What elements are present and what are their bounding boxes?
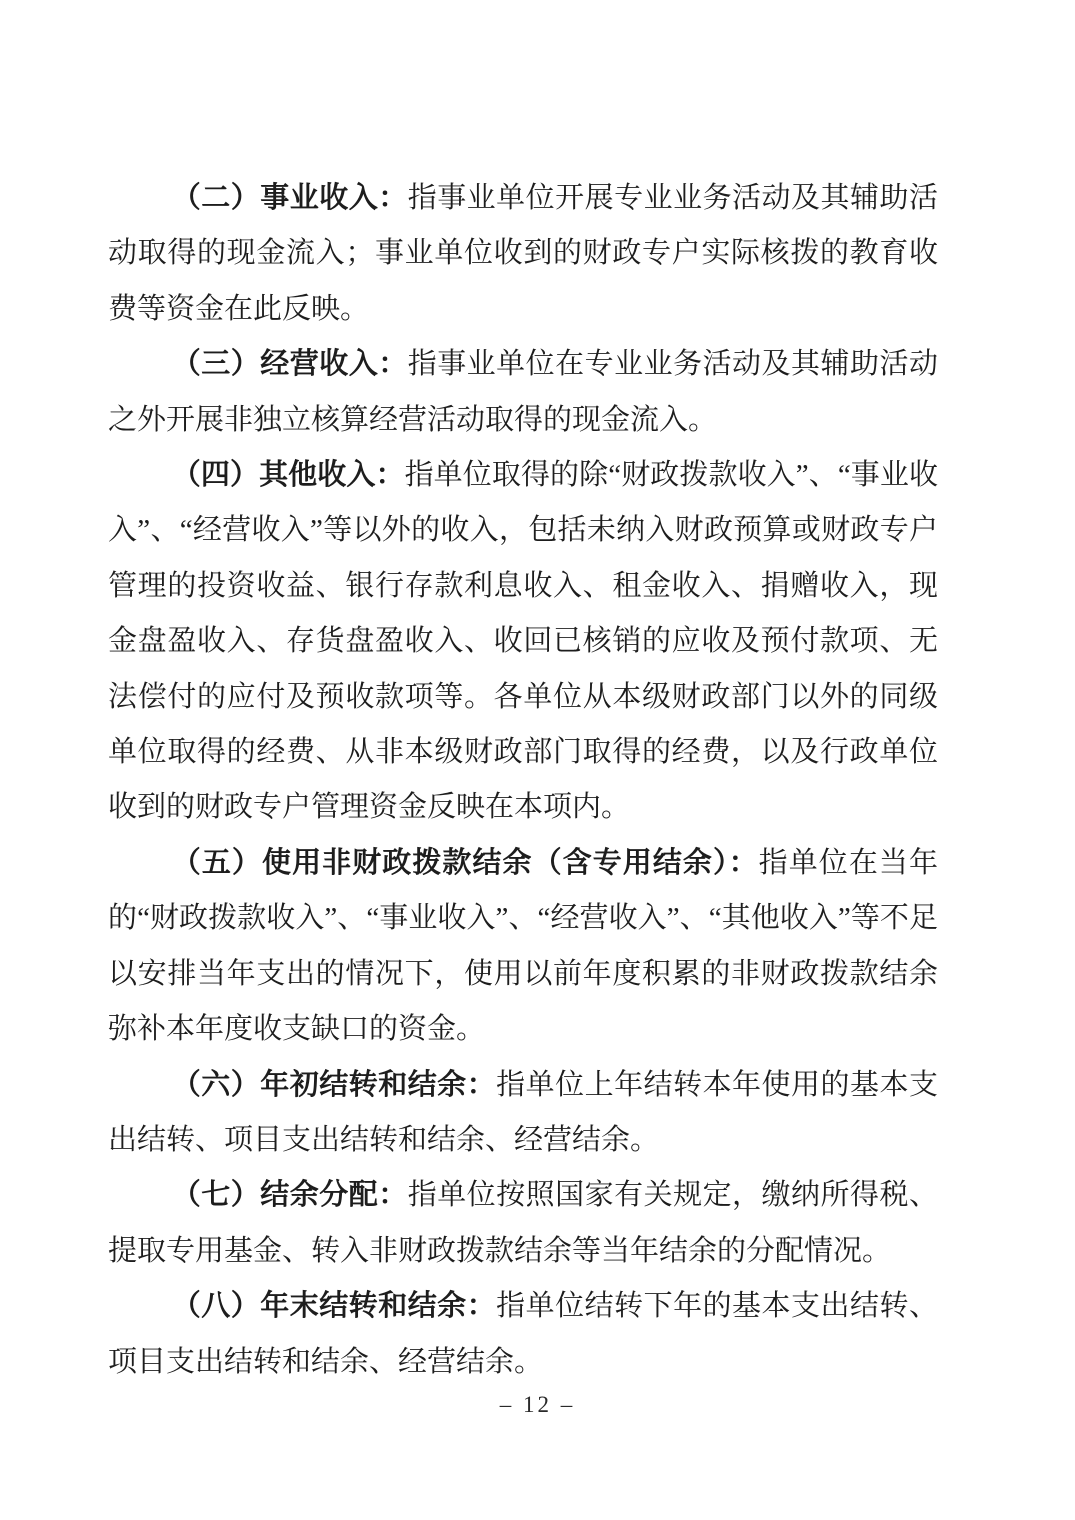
paragraph-lead: （二）事业收入： (172, 182, 408, 214)
paragraph: （六）年初结转和结余：指单位上年结转本年使用的基本支出结转、项目支出结转和结余、… (108, 1058, 938, 1169)
paragraph-lead: （六）年初结转和结余： (172, 1069, 496, 1101)
paragraph-lead: （五）使用非财政拨款结余（含专用结余）： (172, 847, 759, 879)
paragraph-lead: （八）年末结转和结余： (172, 1290, 496, 1322)
paragraph-lead: （七）结余分配： (172, 1179, 408, 1211)
paragraph: （五）使用非财政拨款结余（含专用结余）：指单位在当年的“财政拨款收入”、“事业收… (108, 836, 938, 1058)
paragraph: （二）事业收入：指事业单位开展专业业务活动及其辅助活动取得的现金流入；事业单位收… (108, 171, 938, 337)
paragraph: （八）年末结转和结余：指单位结转下年的基本支出结转、项目支出结转和结余、经营结余… (108, 1279, 938, 1390)
paragraph: （七）结余分配：指单位按照国家有关规定，缴纳所得税、提取专用基金、转入非财政拨款… (108, 1168, 938, 1279)
document-body: （二）事业收入：指事业单位开展专业业务活动及其辅助活动取得的现金流入；事业单位收… (108, 171, 938, 1390)
paragraph-lead: （四）其他收入： (172, 459, 405, 491)
page-number: – 12 – (0, 1392, 1075, 1418)
paragraph: （四）其他收入：指单位取得的除“财政拨款收入”、“事业收入”、“经营收入”等以外… (108, 448, 938, 836)
paragraph: （三）经营收入：指事业单位在专业业务活动及其辅助活动之外开展非独立核算经营活动取… (108, 337, 938, 448)
paragraph-lead: （三）经营收入： (172, 348, 408, 380)
paragraph-text: 指单位取得的除“财政拨款收入”、“事业收入”、“经营收入”等以外的收入，包括未纳… (108, 459, 938, 823)
document-page: （二）事业收入：指事业单位开展专业业务活动及其辅助活动取得的现金流入；事业单位收… (0, 0, 1075, 1520)
